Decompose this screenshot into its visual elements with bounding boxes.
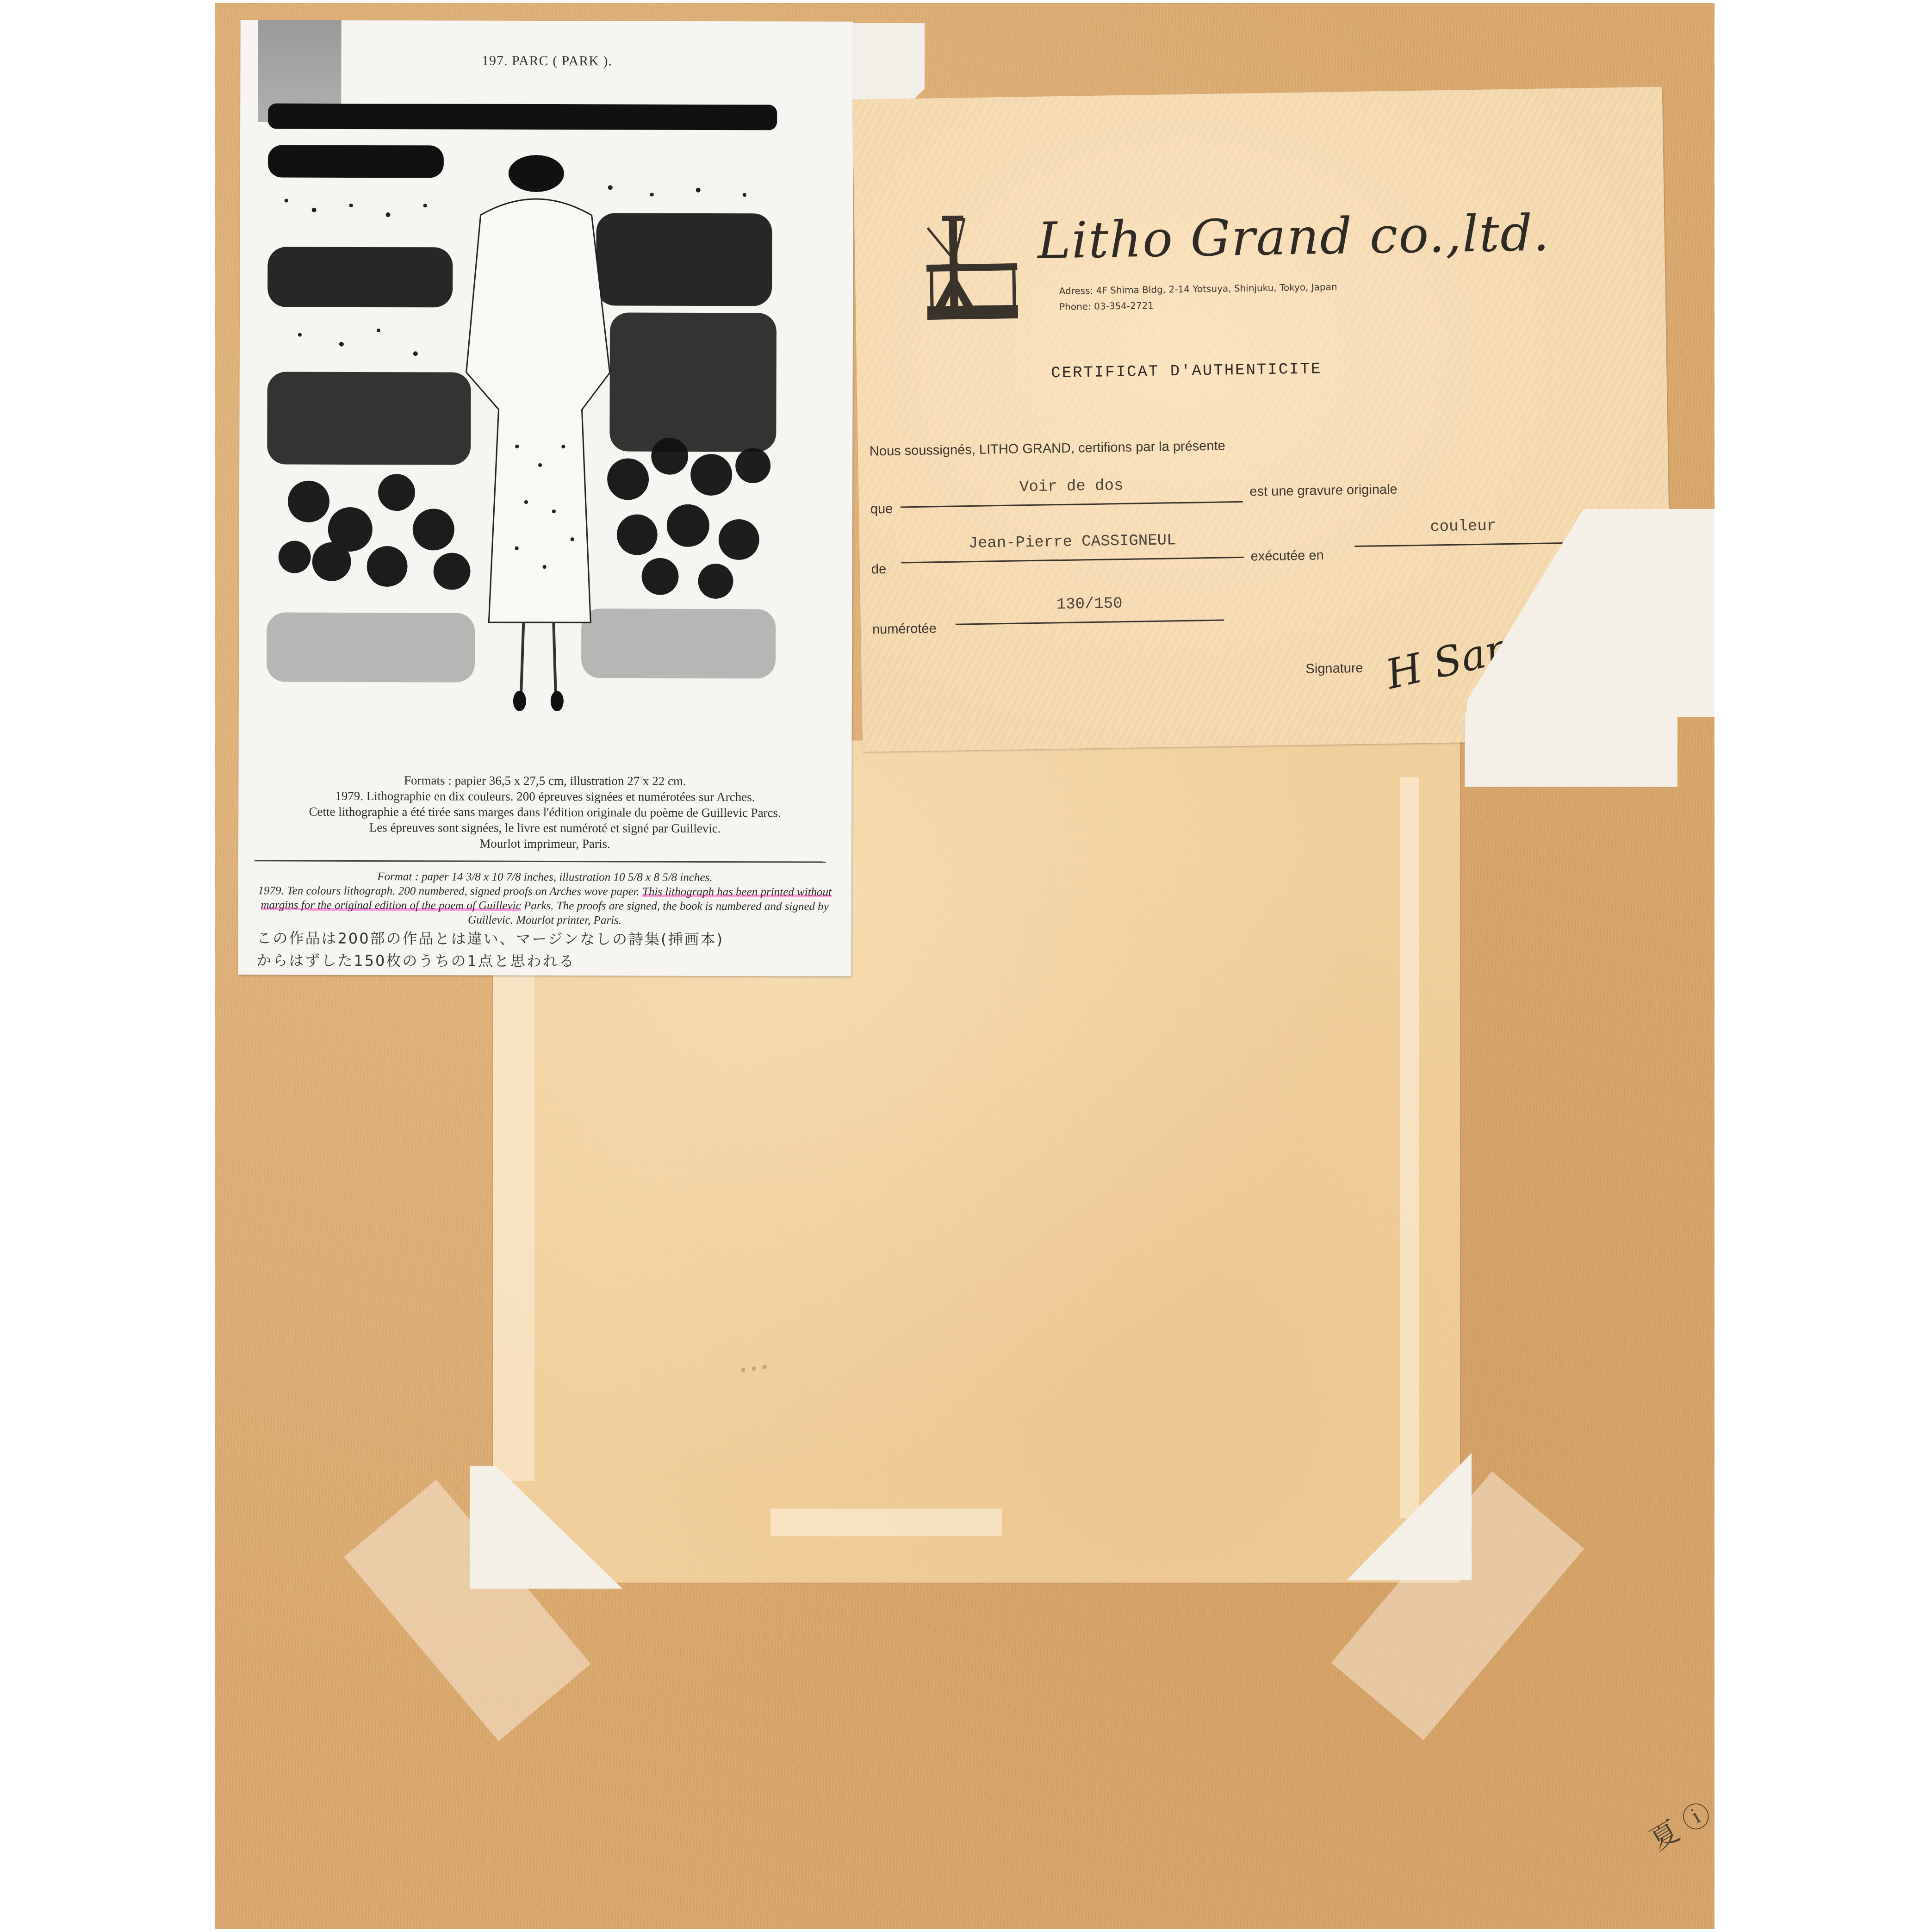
lithograph-illustration [257,94,786,766]
caption-line: Les épreuves sont signées, le livre est … [238,819,851,836]
litho-press-logo-icon [924,212,1020,320]
gravure-label: est une gravure originale [1249,482,1398,500]
french-caption: Formats : papier 36,5 x 27,5 cm, illustr… [238,772,851,852]
medium-field: couleur [1354,516,1572,547]
hinge-strip [770,1509,1002,1536]
certificate-title: CERTIFICAT D'AUTHENTICITE [1051,360,1322,382]
caption-line: Formats : papier 36,5 x 27,5 cm, illustr… [238,772,851,789]
company-name: Litho Grand co.,ltd. [1037,204,1550,270]
tape-fold [1465,713,1677,787]
caption-line: 1979. Lithographie en dix couleurs. 200 … [238,788,851,805]
numerotee-label: numérotée [872,621,937,637]
certificate-intro: Nous soussignés, LITHO GRAND, certifions… [870,438,1225,459]
handwritten-note: この作品は200部の作品とは違い、マージンなしの詩集(挿画本) からはずした15… [256,927,842,973]
company-address: Adress: 4F Shima Bldg, 2-14 Yotsuya, Shi… [1059,279,1337,315]
note-line: この作品は200部の作品とは違い、マージンなしの詩集(挿画本) [256,927,842,950]
caption-line: Mourlot imprimeur, Paris. [238,835,851,852]
english-caption: Format : paper 14 3/8 x 10 7/8 inches, i… [248,869,842,928]
caption-line: Cette lithographie a été tirée sans marg… [238,803,851,820]
tape-strip [493,972,534,1481]
caption-paragraph: 1979. Ten colours lithograph. 200 number… [248,883,842,928]
signature-label: Signature [1305,661,1363,677]
de-label: de [871,562,887,578]
note-line: からはずした150枚のうちの1点と思われる [256,949,842,973]
caption-text: Parks. The proofs are signed, the book i… [468,900,829,927]
caption-text: 1979. Ten colours lithograph. 200 number… [258,884,642,898]
artist-field: Jean-Pierre CASSIGNEUL [901,531,1244,564]
title-field: Voir de dos [900,475,1243,508]
catalogue-clipping: 197. PARC ( PARK ). [238,20,853,976]
caption-line: Format : paper 14 3/8 x 10 7/8 inches, i… [248,869,842,885]
edition-number-field: 130/150 [955,594,1224,625]
hinge-strip [1400,777,1419,1518]
catalogue-entry-title: 197. PARC ( PARK ). [240,52,853,69]
executee-label: exécutée en [1250,548,1324,564]
caption-divider [255,860,826,863]
que-label: que [870,502,893,517]
